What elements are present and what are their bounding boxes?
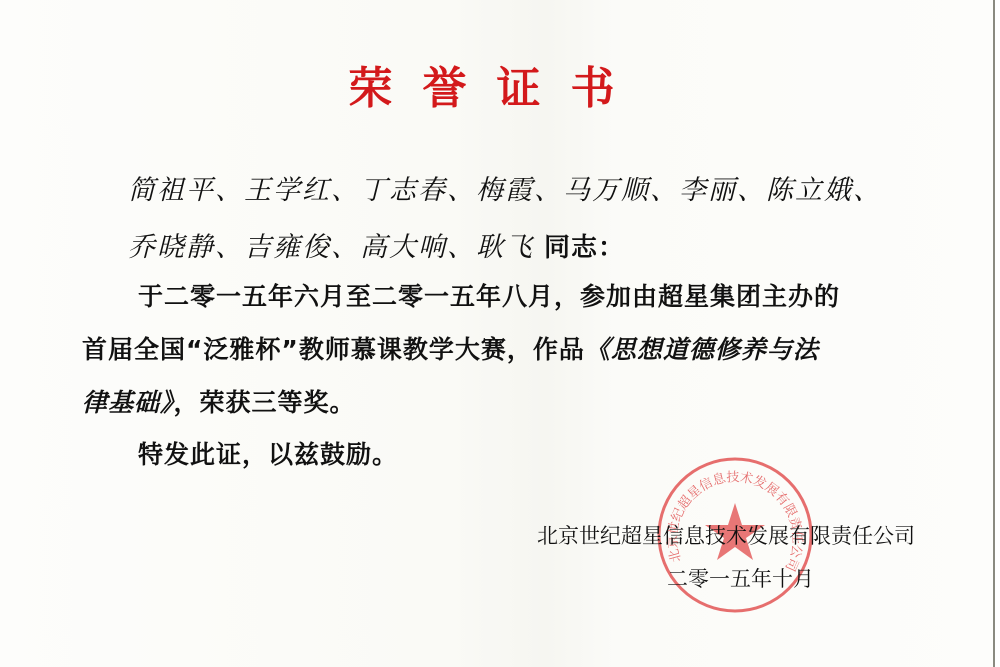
background-strip: [995, 0, 1000, 667]
issue-date: 二零一五年十月: [667, 563, 814, 593]
comrade-suffix: 同志：: [534, 233, 625, 263]
certificate-title: 荣誉证书: [0, 52, 993, 116]
body-line-3: 律基础》，荣获三等奖。: [82, 383, 356, 419]
body-line-1: 于二零一五年六月至二零一五年八月，参加由超星集团主办的: [138, 277, 840, 313]
work-title-part2: 律基础》: [82, 388, 174, 417]
issuer-name: 北京世纪超星信息技术发展有限责任公司: [537, 520, 915, 550]
recipients-line-1: 简祖平、王学红、丁志春、梅霞、马万顺、李丽、陈立娥、: [128, 168, 882, 207]
competition-text: 首届全国“泛雅杯”教师慕课教学大赛，作品: [82, 335, 585, 364]
recipients-names: 乔晓静、吉雍俊、高大响、耿飞: [128, 232, 534, 263]
award-text: ，荣获三等奖。: [174, 388, 356, 417]
closing-line: 特发此证，以兹鼓励。: [138, 435, 398, 471]
recipients-line-2: 乔晓静、吉雍俊、高大响、耿飞 同志：: [128, 225, 625, 264]
work-title-part1: 《思想道德修养与法: [585, 335, 819, 364]
body-line-2: 首届全国“泛雅杯”教师慕课教学大赛，作品《思想道德修养与法: [82, 330, 819, 366]
